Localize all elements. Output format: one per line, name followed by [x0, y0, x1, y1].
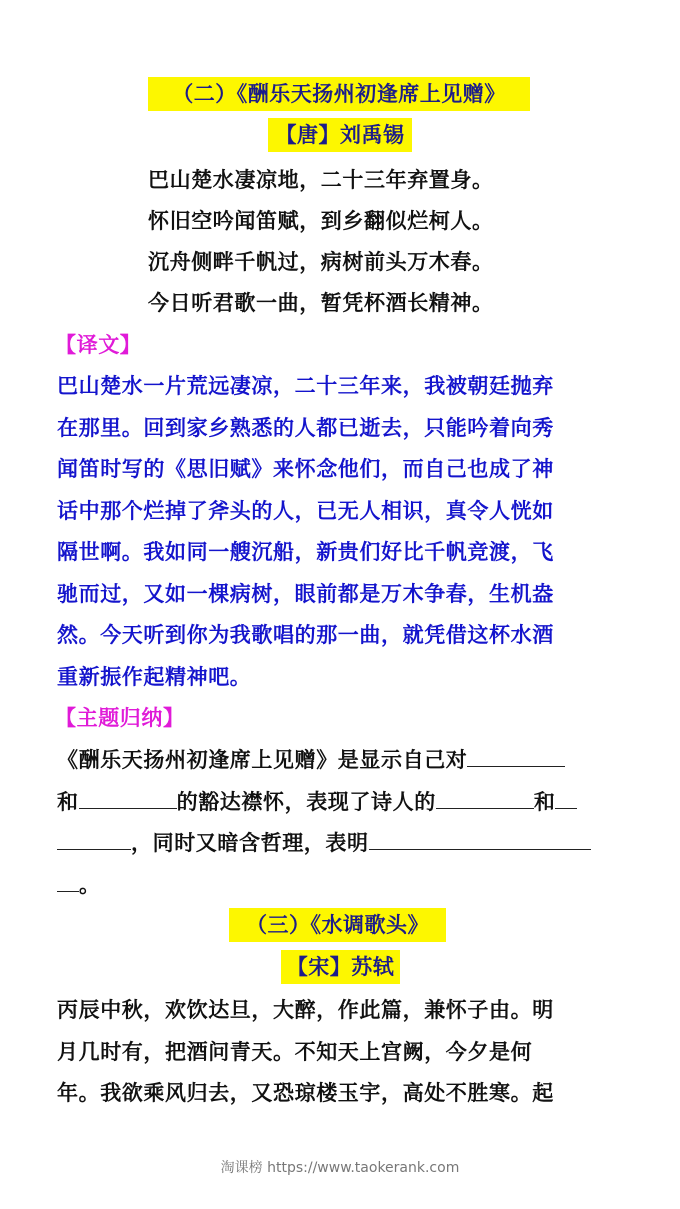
footer-watermark: 淘课榜 https://www.taokerank.com	[0, 1157, 680, 1177]
fill-blank[interactable]	[57, 829, 131, 850]
theme-line-4: 。	[57, 871, 101, 899]
poem-author: 【唐】刘禹锡	[276, 123, 405, 147]
poem-title-highlight: （二）《酬乐天扬州初逢席上见赠》	[148, 77, 530, 111]
translation-line: 隔世啊。我如同一艘沉船，新贵们好比千帆竞渡，飞	[57, 538, 554, 566]
theme-line-1: 《酬乐天扬州初逢席上见赠》是显示自己对	[57, 746, 565, 774]
translation-label: 【译文】	[55, 331, 141, 359]
poem-line: 怀旧空吟闻笛赋，到乡翻似烂柯人。	[148, 207, 494, 235]
poem-author-highlight: 【宋】苏轼	[281, 950, 400, 984]
translation-line: 巴山楚水一片荒远凄凉，二十三年来，我被朝廷抛弃	[57, 372, 554, 400]
theme-text: 的豁达襟怀，表现了诗人的	[177, 790, 436, 814]
poem-author-highlight: 【唐】刘禹锡	[268, 118, 412, 152]
poem-title-highlight: （三）《水调歌头》	[229, 908, 446, 942]
theme-text: 。	[79, 873, 101, 897]
poem-title: （三）《水调歌头》	[246, 913, 429, 937]
poem-title: （二）《酬乐天扬州初逢席上见赠》	[172, 82, 506, 106]
translation-line: 话中那个烂掉了斧头的人，已无人相识，真令人恍如	[57, 497, 554, 525]
fill-blank[interactable]	[79, 788, 177, 809]
theme-line-3: ，同时又暗含哲理，表明	[57, 829, 591, 857]
translation-line: 重新振作起精神吧。	[57, 663, 251, 691]
poem-line: 巴山楚水凄凉地，二十三年弃置身。	[148, 166, 494, 194]
poem-line: 沉舟侧畔千帆过，病树前头万木春。	[148, 248, 494, 276]
theme-line-2: 和的豁达襟怀，表现了诗人的和	[57, 788, 577, 816]
poem-line: 今日听君歌一曲，暂凭杯酒长精神。	[148, 289, 494, 317]
fill-blank[interactable]	[436, 788, 534, 809]
theme-text: 和	[57, 790, 79, 814]
poem-author: 【宋】苏轼	[287, 955, 395, 979]
theme-text: 和	[534, 790, 556, 814]
theme-text: ，同时又暗含哲理，表明	[131, 831, 369, 855]
theme-label: 【主题归纳】	[55, 704, 185, 732]
fill-blank[interactable]	[467, 746, 565, 767]
fill-blank[interactable]	[369, 829, 591, 850]
fill-blank[interactable]	[555, 788, 577, 809]
poem-text-line: 年。我欲乘风归去，又恐琼楼玉宇，高处不胜寒。起	[57, 1079, 554, 1107]
translation-line: 然。今天听到你为我歌唱的那一曲，就凭借这杯水酒	[57, 621, 554, 649]
poem-text-line: 月几时有，把酒问青天。不知天上宫阙，今夕是何	[57, 1038, 532, 1066]
poem-text-line: 丙辰中秋，欢饮达旦，大醉，作此篇，兼怀子由。明	[57, 996, 554, 1024]
translation-line: 在那里。回到家乡熟悉的人都已逝去，只能吟着向秀	[57, 414, 554, 442]
fill-blank[interactable]	[57, 871, 79, 892]
theme-text: 《酬乐天扬州初逢席上见赠》是显示自己对	[57, 748, 467, 772]
translation-line: 驰而过，又如一棵病树，眼前都是万木争春，生机盎	[57, 580, 554, 608]
translation-line: 闻笛时写的《思旧赋》来怀念他们，而自己也成了神	[57, 455, 554, 483]
